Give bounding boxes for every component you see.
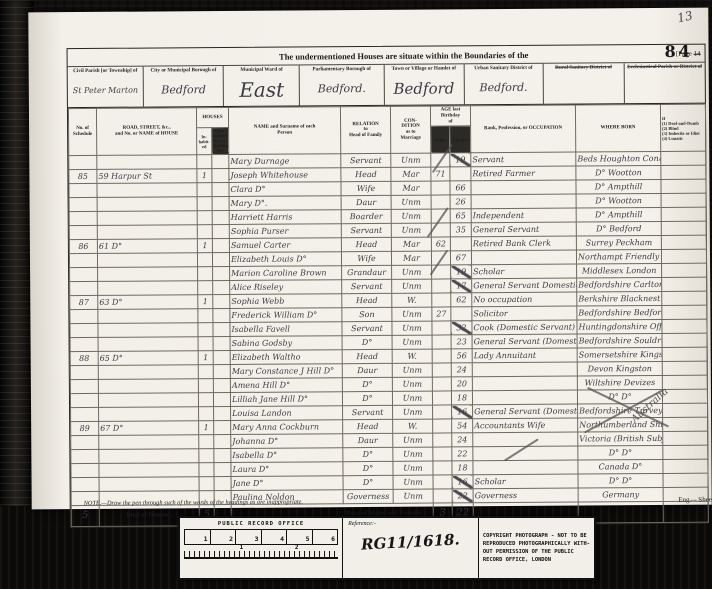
cell-name: Laura D°	[231, 462, 343, 477]
cell-age_f: 35	[450, 223, 471, 237]
municipal-ward-value: East	[224, 73, 299, 106]
cell-inhabited	[197, 155, 212, 169]
cell-occupation: Scholar	[473, 474, 578, 489]
cell-uninhabited	[212, 183, 229, 197]
cell-name: Harriett Harris	[229, 210, 341, 225]
cell-uninhabited	[213, 365, 230, 379]
cell-inhabited	[199, 435, 214, 449]
cell-inhabited	[198, 267, 213, 281]
cell-age_m	[433, 405, 452, 419]
cell-name: Louisa Landon	[231, 406, 343, 421]
cell-condition: W.	[393, 419, 433, 433]
col-header-born: WHERE BORN	[575, 104, 660, 152]
cell-name: Samuel Carter	[229, 238, 341, 253]
cell-infirmity	[661, 180, 706, 194]
cell-schedule	[69, 156, 97, 170]
cell-infirmity	[663, 474, 708, 488]
col-header-condition: CON- DITION as to Marriage	[390, 106, 430, 154]
cell-schedule: 87	[70, 296, 98, 310]
cell-infirmity	[662, 334, 707, 348]
cell-uninhabited	[214, 463, 231, 477]
cell-relation: Servant	[342, 322, 392, 336]
cell-condition: Unm	[391, 153, 431, 167]
cell-schedule	[71, 408, 99, 422]
cell-relation: Servant	[341, 154, 391, 168]
footer-note: NOTE.—Draw the pen through such of the w…	[84, 498, 303, 508]
cell-born: Beds Houghton Conquest	[576, 152, 661, 167]
cell-age_m	[432, 279, 451, 293]
cell-relation: D°	[342, 336, 392, 350]
cell-uninhabited	[213, 323, 230, 337]
cell-uninhabited	[212, 211, 229, 225]
cell-schedule	[70, 268, 98, 282]
cell-age_m	[431, 181, 450, 195]
cell-occupation: Retired Bank Clerk	[471, 236, 576, 251]
cell-infirmity	[662, 362, 707, 376]
cell-born: Victoria (British Subject)	[578, 432, 663, 447]
cell-schedule	[69, 184, 97, 198]
cell-schedule	[71, 450, 99, 464]
cell-address	[97, 253, 197, 268]
cell-address	[97, 197, 197, 212]
cell-occupation: General Servant Domestic	[472, 278, 577, 293]
cell-condition: Unm	[392, 391, 432, 405]
cell-name: Mary Anna Cockburn	[231, 420, 343, 435]
cell-name: Alice Riseley	[230, 280, 342, 295]
cell-relation: Servant	[343, 406, 393, 420]
cell-age_m	[432, 391, 451, 405]
cell-age_m	[432, 321, 451, 335]
pro-reference-section: Reference:- RG11/1618.	[343, 518, 479, 578]
col-header-relation: RELATION to Head of Family	[340, 106, 390, 154]
cell-address	[97, 155, 197, 170]
copyright-line: OUT PERMISSION OF THE PUBLIC	[483, 548, 590, 556]
pro-office-name: PUBLIC RECORD OFFICE	[184, 521, 338, 527]
cell-age_f: 56	[451, 349, 472, 363]
cell-name: Mary Durnage	[229, 154, 341, 169]
cell-age_m	[432, 377, 451, 391]
cell-schedule	[70, 282, 98, 296]
cell-uninhabited	[212, 197, 229, 211]
cell-schedule	[70, 324, 98, 338]
cell-address	[98, 393, 198, 408]
cell-uninhabited	[212, 239, 229, 253]
cell-born: D° Bedford	[576, 222, 661, 237]
cell-age_f: 17	[451, 279, 472, 293]
cell-address	[98, 281, 198, 296]
cell-address: 59 Harpur St	[97, 169, 197, 184]
col-header-schedule: No. of Schedule	[68, 108, 96, 156]
cell-infirmity	[661, 208, 706, 222]
cell-age_m: 27	[432, 307, 451, 321]
cell-condition: Unm	[391, 223, 431, 237]
census-photograph: 13 84 The undermentioned Houses are situ…	[0, 0, 712, 589]
cell-schedule	[71, 464, 99, 478]
cell-uninhabited	[213, 309, 230, 323]
cell-infirmity	[661, 250, 706, 264]
cell-age_f: 23	[451, 335, 472, 349]
cell-inhabited	[197, 253, 212, 267]
cell-age_f: 16	[452, 405, 473, 419]
cell-born: D° Wootton	[576, 194, 661, 209]
cell-name: Sophia Webb	[230, 294, 342, 309]
field-parliamentary-borough: Parliamentary Borough of Bedford.	[300, 65, 384, 106]
cell-address: 61 D°	[97, 239, 197, 254]
cell-condition: Unm	[392, 265, 432, 279]
cell-name: Clara D°	[229, 182, 341, 197]
cell-occupation: Scholar	[472, 264, 577, 279]
cell-age_f: 62	[451, 293, 472, 307]
cell-name: Frederick William D°	[230, 308, 342, 323]
cell-born: D° Ampthill	[576, 208, 661, 223]
field-urban-sanitary: Urban Sanitary District of Bedford.	[464, 64, 543, 105]
cell-address	[98, 379, 198, 394]
cell-condition: Unm	[393, 461, 433, 475]
cell-relation: Daur	[343, 434, 393, 448]
cell-inhabited: 1	[198, 351, 213, 365]
cell-schedule	[70, 310, 98, 324]
col-header-infirmity: If (1) Deaf-and-Dumb (2) Blind (3) Imbec…	[660, 104, 705, 152]
cell-relation: Servant	[341, 224, 391, 238]
cell-relation: Son	[342, 308, 392, 322]
cell-name: Elizabeth Louis D°	[229, 252, 341, 267]
ruler-scale: 1 2 3 4 5 6	[184, 529, 338, 545]
cell-age_f: 26	[450, 195, 471, 209]
cell-born: D° D°	[578, 474, 663, 489]
col-header-females: Females	[450, 126, 471, 153]
cell-relation: Daur	[341, 196, 391, 210]
cell-age_f: 18	[451, 391, 472, 405]
cell-occupation: Independent	[471, 208, 576, 223]
cell-born: Surrey Peckham	[576, 236, 661, 251]
cell-born: Bedfordshire Souldrop	[577, 334, 662, 349]
cell-schedule	[70, 338, 98, 352]
cell-name: Sophia Purser	[229, 224, 341, 239]
cell-inhabited: 1	[197, 239, 212, 253]
cell-infirmity	[661, 166, 706, 180]
cell-relation: D°	[342, 392, 392, 406]
field-civil-parish: Civil Parish [or Township] of St Peter M…	[68, 67, 144, 108]
cell-inhabited	[199, 477, 214, 491]
cell-name: Isabella Favell	[230, 322, 342, 337]
cell-infirmity	[662, 264, 707, 278]
cell-schedule	[70, 366, 98, 380]
cell-address	[98, 309, 198, 324]
cell-condition: Unm	[393, 405, 433, 419]
cell-born: D° Wootton	[576, 166, 661, 181]
cell-condition: Unm	[392, 307, 432, 321]
cell-condition: Unm	[393, 447, 433, 461]
cell-occupation: No occupation	[472, 292, 577, 307]
census-page: 13 84 The undermentioned Houses are situ…	[28, 8, 711, 510]
cell-name: Lilliah Jane Hill D°	[230, 392, 342, 407]
cell-occupation: General Servant (Domestic)	[472, 334, 577, 349]
cell-schedule	[69, 226, 97, 240]
cell-schedule	[70, 394, 98, 408]
cell-age_f: 66	[450, 181, 471, 195]
cell-inhabited	[198, 309, 213, 323]
cell-occupation: Lady Annuitant	[472, 348, 577, 363]
cell-age_f: 16	[452, 475, 473, 489]
cell-address: 67 D°	[99, 421, 199, 436]
cell-infirmity	[662, 306, 707, 320]
cell-address	[97, 183, 197, 198]
cell-occupation: Retired Farmer	[471, 166, 576, 181]
sheet-title: The undermentioned Houses are situate wi…	[132, 48, 676, 62]
cell-address	[98, 337, 198, 352]
cell-condition: Mar	[391, 167, 431, 181]
cell-born: D° D°	[578, 446, 663, 461]
district-header-row: Civil Parish [or Township] of St Peter M…	[68, 63, 705, 108]
cell-uninhabited	[214, 421, 231, 435]
cell-inhabited	[198, 323, 213, 337]
cell-occupation	[473, 446, 578, 461]
pro-ruler-section: PUBLIC RECORD OFFICE 1 2 3 4 5 6 1 2	[180, 518, 343, 578]
cell-address	[99, 463, 199, 478]
ruler-ticks: 1 2	[184, 547, 338, 559]
cell-occupation	[472, 362, 577, 377]
col-header-name: NAME and Surname of each Person	[228, 107, 340, 155]
field-rural-sanitary: Rural Sanitary District of	[543, 63, 624, 104]
cell-infirmity	[663, 432, 708, 446]
enumeration-table: No. of Schedule ROAD, STREET, &c., and N…	[68, 104, 709, 528]
cell-occupation	[471, 194, 576, 209]
cell-inhabited: 1	[198, 295, 213, 309]
municipal-borough-value: Bedford	[144, 73, 223, 106]
cell-name: Joseph Whitehouse	[229, 168, 341, 183]
cell-infirmity	[661, 222, 706, 236]
cell-age_f: 32	[451, 321, 472, 335]
census-sheet: The undermentioned Houses are situate wi…	[67, 44, 709, 529]
cell-infirmity	[662, 278, 707, 292]
cell-relation: Wife	[341, 252, 391, 266]
cell-address	[99, 449, 199, 464]
cell-infirmity	[662, 292, 707, 306]
public-record-office-label: PUBLIC RECORD OFFICE 1 2 3 4 5 6 1 2 Ref…	[178, 516, 596, 580]
cell-schedule: 89	[71, 422, 99, 436]
cell-relation: Head	[341, 238, 391, 252]
cell-uninhabited	[213, 281, 230, 295]
col-header-uninhabited: Unin- habited (U.), or Building (B.)	[212, 128, 229, 155]
cell-born: Bedfordshire Bedford	[577, 306, 662, 321]
cell-uninhabited	[213, 393, 230, 407]
cell-inhabited	[197, 197, 212, 211]
cell-condition: W.	[392, 293, 432, 307]
cell-uninhabited	[214, 477, 231, 491]
cell-age_m	[433, 419, 452, 433]
cell-relation: Head	[342, 350, 392, 364]
cell-inhabited	[198, 337, 213, 351]
cell-schedule: 86	[69, 240, 97, 254]
cell-age_f: 24	[451, 363, 472, 377]
cell-schedule	[69, 212, 97, 226]
cell-born: Canada D°	[578, 460, 663, 475]
cell-name: Jane D°	[231, 476, 343, 491]
cell-address	[97, 211, 197, 226]
cell-name: Mary Constance J Hill D°	[230, 364, 342, 379]
cell-address: 63 D°	[98, 295, 198, 310]
cell-name: Sabina Godsby	[230, 336, 342, 351]
cell-age_f	[450, 237, 471, 251]
cell-infirmity	[663, 418, 708, 432]
cell-relation: Servant	[342, 280, 392, 294]
cell-address	[98, 323, 198, 338]
cell-condition: Unm	[392, 321, 432, 335]
cell-age_f: 24	[452, 433, 473, 447]
cell-relation: Boarder	[341, 210, 391, 224]
cell-address	[99, 407, 199, 422]
cell-age_f: 54	[452, 419, 473, 433]
cell-address	[97, 225, 197, 240]
cell-occupation	[472, 376, 577, 391]
col-header-houses: HOUSES	[196, 107, 228, 127]
cell-age_f: 65	[450, 209, 471, 223]
cell-infirmity	[663, 460, 708, 474]
cell-uninhabited	[212, 155, 229, 169]
cell-born: Berkshire Blacknest	[577, 292, 662, 307]
cell-condition: Mar	[391, 251, 431, 265]
cell-uninhabited	[212, 169, 229, 183]
cell-occupation: General Servant (Domestic	[473, 404, 578, 419]
cell-relation: D°	[343, 448, 393, 462]
cell-name: Isabella D°	[231, 448, 343, 463]
cell-condition: W.	[392, 349, 432, 363]
cell-occupation	[473, 460, 578, 475]
cell-occupation: Solicitor	[472, 306, 577, 321]
cell-age_m	[433, 447, 452, 461]
cell-inhabited	[198, 365, 213, 379]
cell-name: Johanna D°	[231, 434, 343, 449]
cell-occupation: Accountants Wife	[473, 418, 578, 433]
sheet-reference: Eng— Sheet F.	[678, 496, 712, 504]
cell-occupation	[471, 250, 576, 265]
cell-age_f: 19	[450, 153, 471, 167]
col-header-road: ROAD, STREET, &c., and No. or NAME of HO…	[96, 108, 196, 156]
cell-inhabited	[198, 281, 213, 295]
field-municipal-ward: Municipal Ward of East	[224, 65, 300, 106]
col-header-occupation: Rank, Profession, or OCCUPATION	[470, 105, 575, 153]
cell-address	[99, 435, 199, 450]
cell-relation: Head	[341, 168, 391, 182]
cell-inhabited	[198, 379, 213, 393]
cell-uninhabited	[214, 449, 231, 463]
cell-relation: D°	[342, 378, 392, 392]
cell-inhabited: 1	[197, 169, 212, 183]
cell-age_m	[432, 363, 451, 377]
cell-born: D° Ampthill	[576, 180, 661, 195]
field-ecclesiastical-parish: Ecclesiastical Parish or District of	[625, 63, 705, 104]
cell-inhabited	[199, 463, 214, 477]
cell-address	[99, 477, 199, 492]
cell-address	[98, 267, 198, 282]
totals-schedule-margin: 5	[71, 506, 99, 527]
cell-condition: Mar	[391, 237, 431, 251]
cell-age_m	[432, 293, 451, 307]
reference-number: RG11/1618.	[348, 530, 474, 555]
cell-age_m	[433, 433, 452, 447]
cell-condition: Unm	[392, 377, 432, 391]
cell-infirmity	[662, 348, 707, 362]
cell-uninhabited	[212, 225, 229, 239]
pro-copyright-section: COPYRIGHT PHOTOGRAPH - NOT TO BE REPRODU…	[479, 518, 594, 578]
cell-condition: Unm	[391, 209, 431, 223]
town-village-value: Bedford	[384, 72, 463, 105]
cell-schedule	[69, 198, 97, 212]
cell-uninhabited	[213, 379, 230, 393]
cell-address	[98, 365, 198, 380]
census-table-body: Mary DurnageServantUnm19ServantBeds Houg…	[69, 152, 708, 506]
parliamentary-borough-value: Bedford.	[300, 72, 383, 105]
cell-schedule: 85	[69, 170, 97, 184]
cell-age_f: 22	[452, 447, 473, 461]
cell-uninhabited	[213, 337, 230, 351]
col-header-inhabited: In- habit- ed	[197, 128, 212, 155]
cell-inhabited	[199, 407, 214, 421]
cell-inhabited: 1	[199, 421, 214, 435]
cell-relation: D°	[343, 476, 393, 490]
cell-born: Devon Kingston	[577, 362, 662, 377]
cell-occupation: General Servant	[471, 222, 576, 237]
field-municipal-borough: City or Municipal Borough of Bedford	[144, 66, 224, 107]
cell-relation: Head	[342, 294, 392, 308]
cell-occupation: Servant	[471, 152, 576, 167]
cell-relation: Wife	[341, 182, 391, 196]
col-header-age: AGE last Birthday of	[430, 106, 470, 127]
cell-name: Amena Hill D°	[230, 378, 342, 393]
cell-name: Elizabeth Waltho	[230, 350, 342, 365]
cell-uninhabited	[214, 435, 231, 449]
handwritten-page-number: 13	[676, 8, 694, 25]
cell-schedule	[69, 254, 97, 268]
cell-infirmity	[662, 376, 707, 390]
copyright-line: COPYRIGHT PHOTOGRAPH - NOT TO BE	[483, 532, 590, 540]
cell-name: Mary D°.	[229, 196, 341, 211]
cell-occupation	[471, 180, 576, 195]
cell-inhabited	[199, 449, 214, 463]
urban-sanitary-value: Bedford.	[464, 71, 542, 104]
page-label: [Page 14	[676, 49, 701, 57]
cell-uninhabited	[212, 253, 229, 267]
cell-relation: Head	[343, 420, 393, 434]
cell-infirmity	[662, 320, 707, 334]
cell-relation: D°	[343, 462, 393, 476]
cell-inhabited	[197, 183, 212, 197]
cell-born: Northampt Friendly Lodge	[576, 250, 661, 265]
cell-age_f: 67	[450, 251, 471, 265]
cell-born: Bedfordshire Carlton	[577, 278, 662, 293]
cell-age_f	[451, 307, 472, 321]
cell-condition: Unm	[393, 433, 433, 447]
cell-uninhabited	[213, 351, 230, 365]
cell-condition: Unm	[392, 335, 432, 349]
reference-label: Reference:-	[348, 521, 473, 527]
cell-condition: Unm	[391, 195, 431, 209]
cell-schedule	[71, 436, 99, 450]
cell-age_f	[450, 167, 471, 181]
copyright-line: REPRODUCED PHOTOGRAPHICALLY WITH-	[483, 540, 590, 548]
cell-name: Marion Caroline Brown	[230, 266, 342, 281]
cell-uninhabited	[213, 267, 230, 281]
cell-inhabited	[198, 393, 213, 407]
cell-age_f: 19	[451, 265, 472, 279]
cell-address: 65 D°	[98, 351, 198, 366]
table-header: No. of Schedule ROAD, STREET, &c., and N…	[68, 104, 705, 156]
cell-occupation	[472, 390, 577, 405]
cell-infirmity	[661, 152, 706, 166]
cell-born: Huntingdonshire Offord	[577, 320, 662, 335]
cell-infirmity	[661, 194, 706, 208]
cell-condition: Unm	[393, 475, 433, 489]
